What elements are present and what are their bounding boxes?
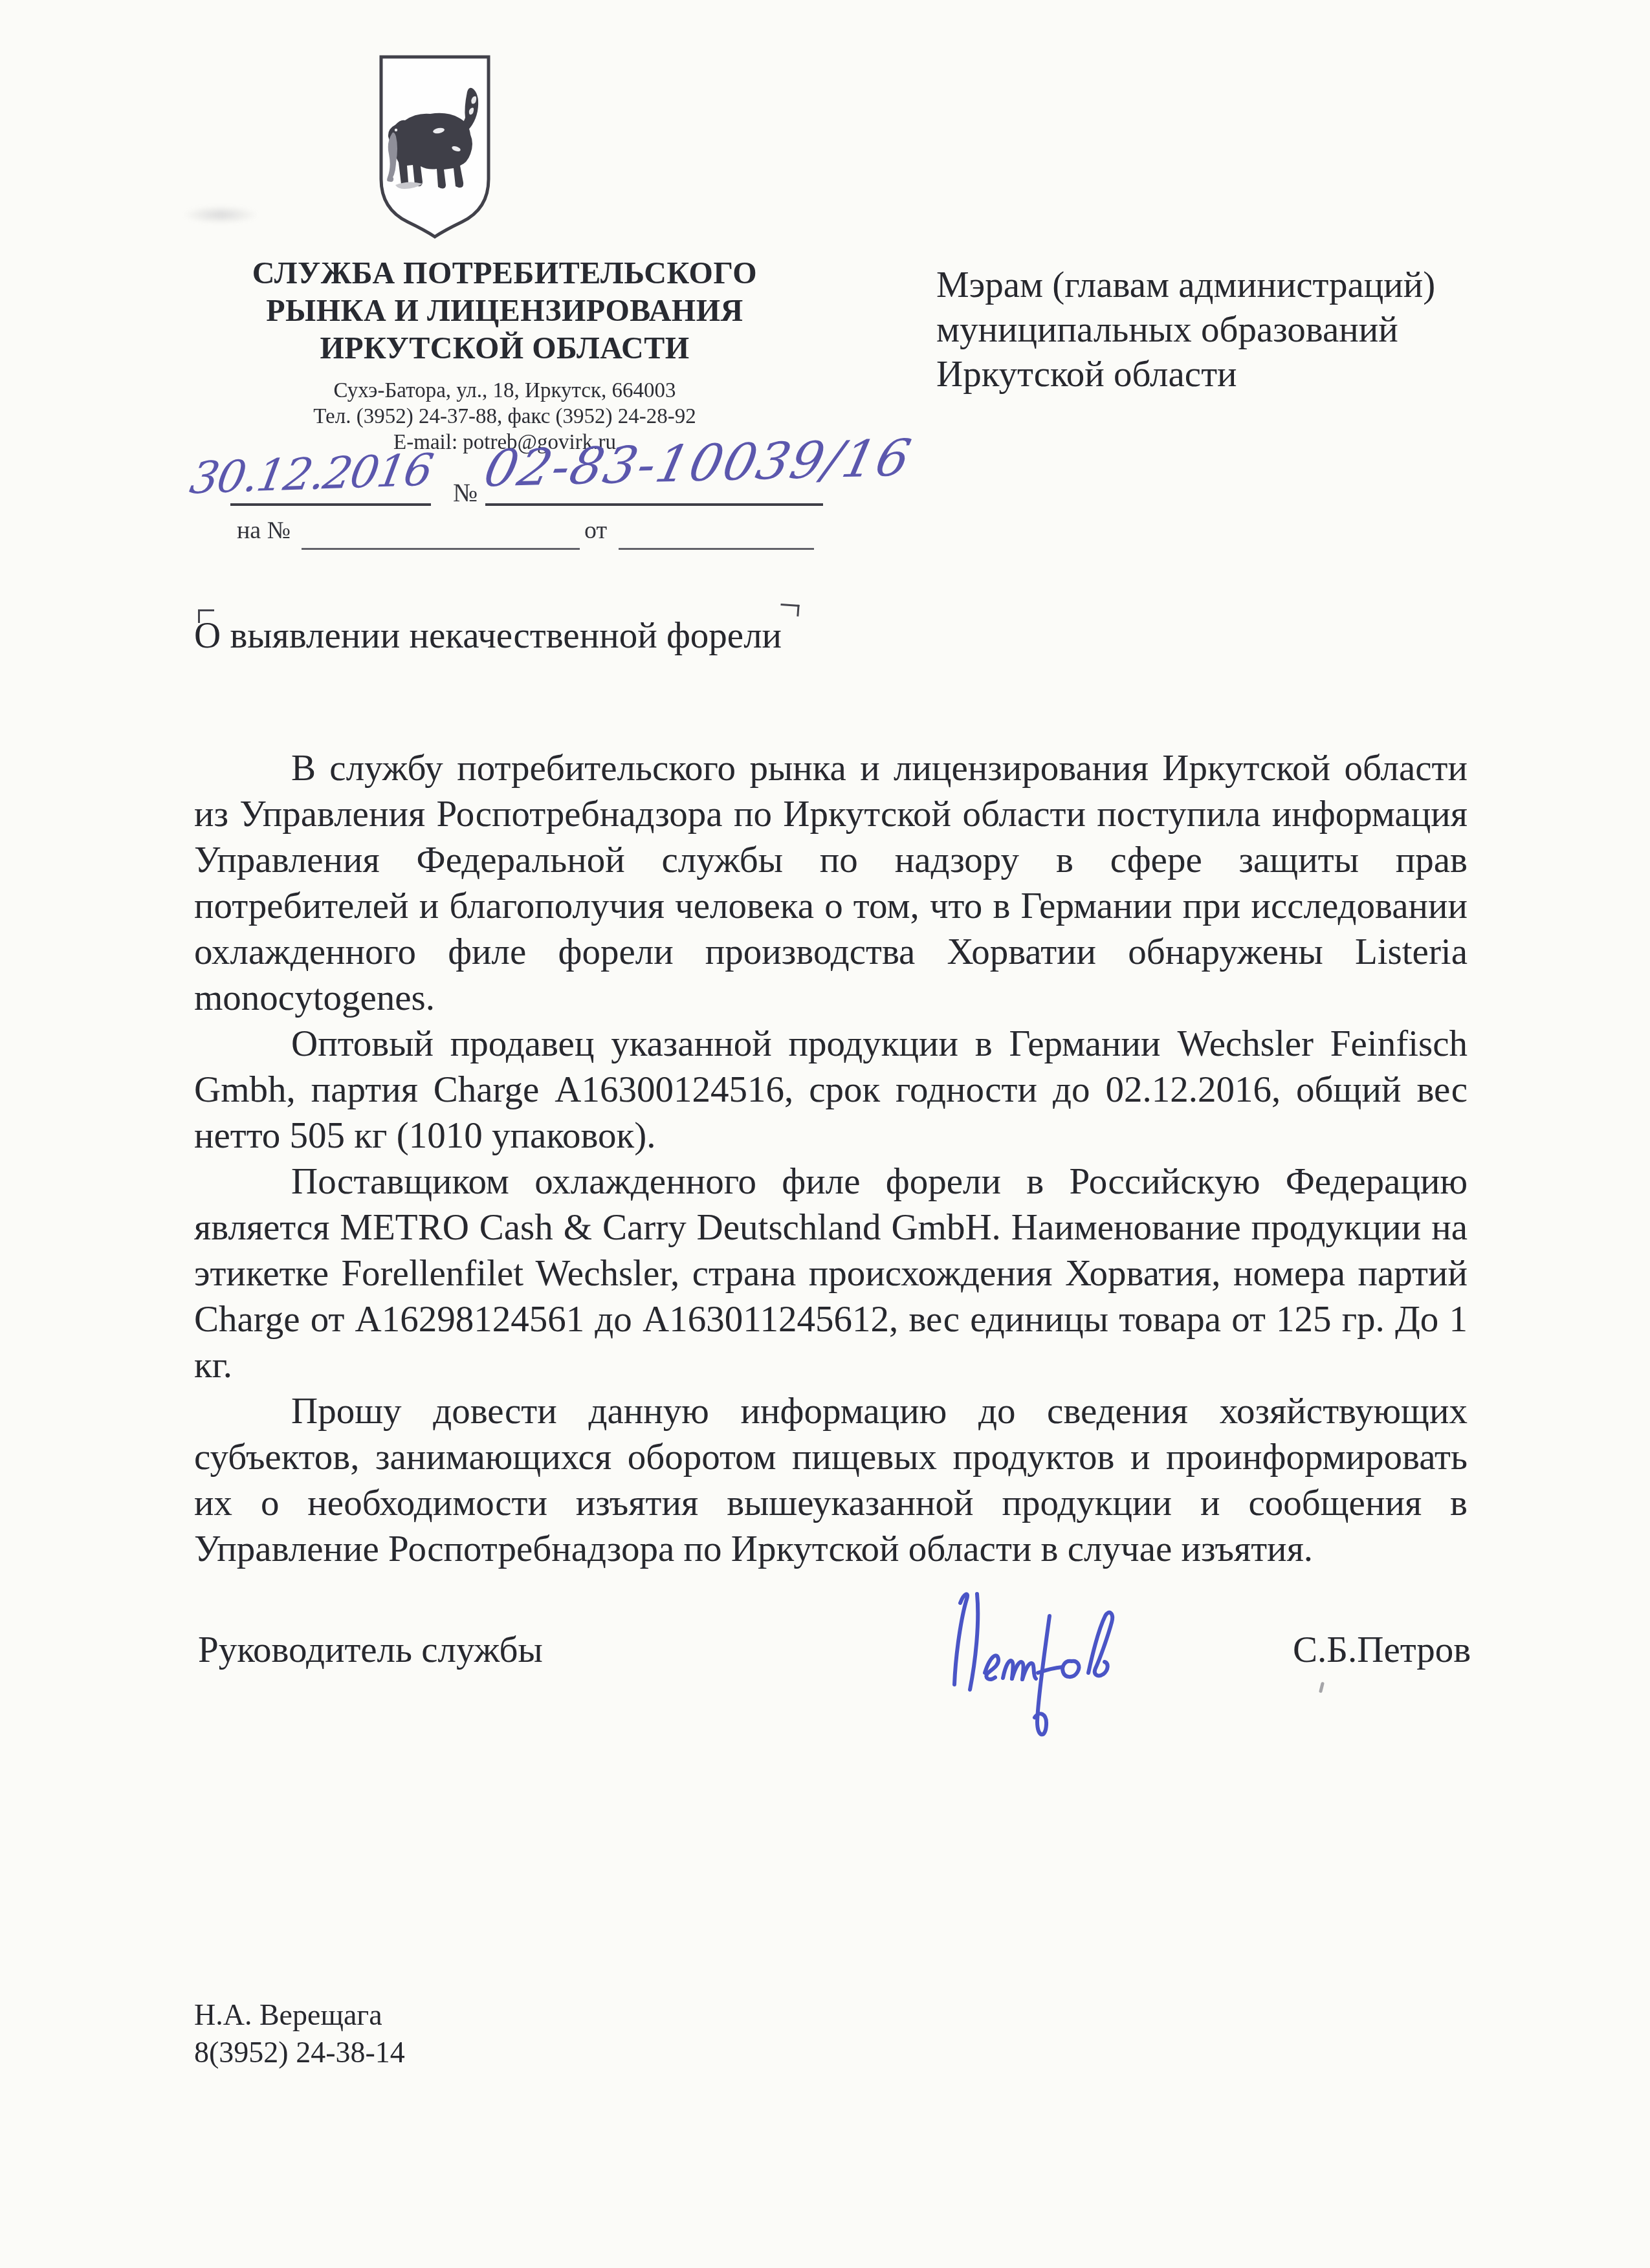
reply-number-form-line: [302, 548, 580, 550]
letter-body: В службу потребительского рынка и лиценз…: [194, 745, 1468, 1572]
subject-corner-mark-right: [780, 604, 799, 616]
from-date-form-line: [619, 548, 814, 550]
addressee-line: Мэрам (главам администраций): [936, 263, 1519, 307]
handwritten-outgoing-number: 02-83-10039/16: [479, 429, 917, 498]
number-form-line: [485, 503, 823, 506]
subject-line: О выявлении некачественной форели: [194, 615, 782, 657]
executor-phone: 8(3952) 24-38-14: [194, 2034, 405, 2071]
from-date-label: от: [584, 516, 607, 545]
body-paragraph: В службу потребительского рынка и лиценз…: [194, 745, 1468, 1021]
body-paragraph: Поставщиком охлажденного филе форели в Р…: [194, 1159, 1468, 1388]
coat-of-arms-shield-icon: [376, 52, 494, 242]
org-phone-fax: Тел. (3952) 24-37-88, факс (3952) 24-28-…: [181, 404, 828, 430]
executor-block: Н.А. Верещага 8(3952) 24-38-14: [194, 1996, 405, 2071]
scan-artifact-smudge: [182, 206, 259, 224]
scanned-letter-page: СЛУЖБА ПОТРЕБИТЕЛЬСКОГО РЫНКА И ЛИЦЕНЗИР…: [0, 0, 1650, 2268]
signature-ink: [934, 1575, 1128, 1747]
letterhead-org-name: СЛУЖБА ПОТРЕБИТЕЛЬСКОГО РЫНКА И ЛИЦЕНЗИР…: [181, 255, 828, 367]
addressee-line: муниципальных образований: [936, 307, 1519, 352]
org-address: Сухэ-Батора, ул., 18, Иркутск, 664003: [181, 378, 828, 404]
signer-name: С.Б.Петров: [1293, 1629, 1471, 1671]
handwritten-date: 30.12.2016: [186, 445, 436, 505]
org-name-line: РЫНКА И ЛИЦЕНЗИРОВАНИЯ: [181, 292, 828, 330]
org-name-line: СЛУЖБА ПОТРЕБИТЕЛЬСКОГО: [181, 255, 828, 292]
org-name-line: ИРКУТСКОЙ ОБЛАСТИ: [181, 330, 828, 367]
addressee-line: Иркутской области: [936, 352, 1519, 397]
coat-of-arms-irkutsk: [376, 52, 494, 242]
body-paragraph: Оптовый продавец указанной продукции в Г…: [194, 1021, 1468, 1159]
body-paragraph: Прошу довести данную информацию до сведе…: [194, 1388, 1468, 1572]
scan-artifact-tick: [1319, 1682, 1325, 1694]
date-form-line: [230, 503, 431, 506]
number-sign: №: [453, 477, 478, 508]
reply-to-number-label: на №: [237, 516, 291, 545]
addressee-block: Мэрам (главам администраций) муниципальн…: [936, 263, 1519, 397]
executor-name: Н.А. Верещага: [194, 1996, 405, 2034]
signer-position: Руководитель службы: [198, 1629, 543, 1671]
